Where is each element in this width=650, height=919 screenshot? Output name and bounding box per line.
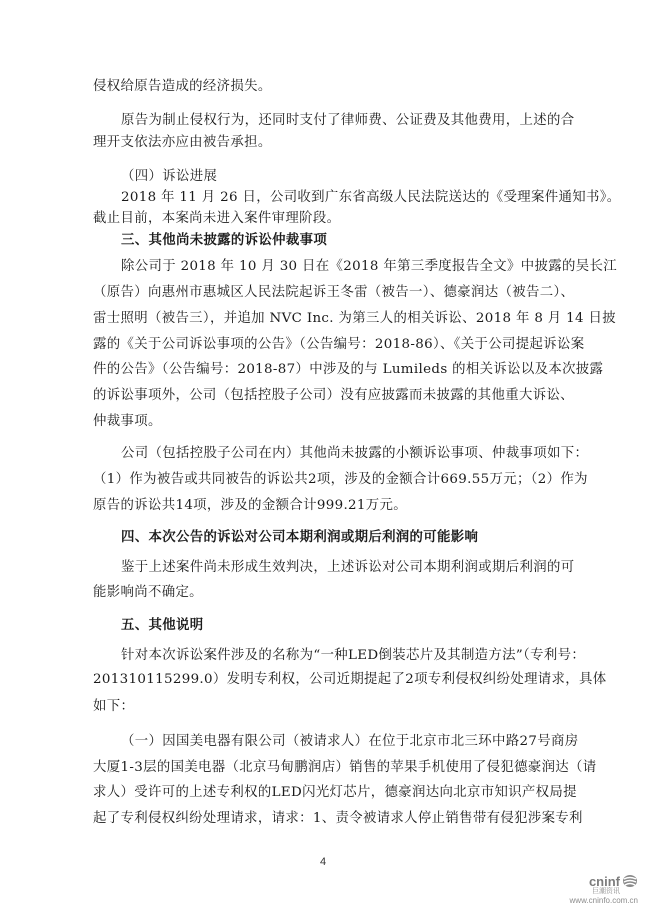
text-line: 侵权给原告造成的经济损失。 <box>93 77 559 97</box>
text-line: 鉴于上述案件尚未形成生效判决，上述诉讼对公司本期利润或期后利润的可 <box>121 558 559 578</box>
text-line: 雷士照明（被告三），并追加 NVC Inc. 为第三人的相关诉讼、2018 年 … <box>93 309 559 329</box>
text-line: 的诉讼事项外，公司（包括控股子公司）没有应披露而未披露的其他重大诉讼、 <box>93 386 559 406</box>
section-heading: 三、其他尚未披露的诉讼仲裁事项 <box>121 231 559 251</box>
text-line: 针对本次诉讼案件涉及的名称为“一种LED倒装芯片及其制造方法”（专利号： <box>121 646 559 666</box>
text-line: （1）作为被告或共同被告的诉讼共2项，涉及的金额合计669.55万元；（2）作为 <box>93 470 559 490</box>
text-line: （一）因国美电器有限公司（被请求人）在位于北京市北三环中路27号商房 <box>121 732 559 752</box>
text-line: 如下： <box>93 697 559 717</box>
text-line: 原告为制止侵权行为，还同时支付了律师费、公证费及其他费用，上述的合 <box>121 111 559 131</box>
text-line: （四）诉讼进展 <box>121 167 559 187</box>
page-number: 4 <box>320 856 326 868</box>
cninfo-watermark: cninf 巨潮资讯 www.cninfo.com.cn <box>558 874 638 905</box>
document-page: 侵权给原告造成的经济损失。原告为制止侵权行为，还同时支付了律师费、公证费及其他费… <box>0 0 650 919</box>
cninfo-logo: cninf <box>558 874 638 888</box>
cninfo-logo-icon <box>622 874 638 888</box>
cninfo-chinese-name: 巨潮资讯 <box>558 888 638 896</box>
text-line: 原告的诉讼共14项，涉及的金额合计999.21万元。 <box>93 496 559 516</box>
text-line: 仲裁事项。 <box>93 412 559 432</box>
text-line: 截止目前，本案尚未进入案件审理阶段。 <box>93 209 559 229</box>
text-line: （原告）向惠州市惠城区人民法院起诉王冬雷（被告一）、德豪润达（被告二）、 <box>93 283 559 303</box>
section-heading: 五、其他说明 <box>121 616 559 636</box>
text-line: 除公司于 2018 年 10 月 30 日在《2018 年第三季度报告全文》中披… <box>121 257 559 277</box>
section-heading: 四、本次公告的诉讼对公司本期利润或期后利润的可能影响 <box>121 528 559 548</box>
text-line: 件的公告》（公告编号：2018-87）中涉及的与 Lumileds 的相关诉讼以… <box>93 360 559 380</box>
text-line: 大厦1-3层的国美电器（北京马甸鹏润店）销售的苹果手机使用了侵犯德豪润达（请 <box>93 758 559 778</box>
text-line: 起了专利侵权纠纷处理请求，请求：1、责令被请求人停止销售带有侵犯涉案专利 <box>93 809 559 829</box>
text-line: 公司（包括控股子公司在内）其他尚未披露的小额诉讼事项、仲裁事项如下： <box>121 444 559 464</box>
text-line: 能影响尚不确定。 <box>93 583 559 603</box>
text-line: 201310115299.0）发明专利权，公司近期提起了2项专利侵权纠纷处理请求… <box>93 670 559 690</box>
cninfo-url: www.cninfo.com.cn <box>558 896 638 905</box>
text-line: 求人）受许可的上述专利权的LED闪光灯芯片，德豪润达向北京市知识产权局提 <box>93 783 559 803</box>
text-line: 露的《关于公司诉讼事项的公告》（公告编号：2018-86）、《关于公司提起诉讼案 <box>93 335 559 355</box>
text-line: 2018 年 11 月 26 日，公司收到广东省高级人民法院送达的《受理案件通知… <box>121 188 559 208</box>
text-line: 理开支依法亦应由被告承担。 <box>93 133 559 153</box>
cninfo-logo-text: cninf <box>589 875 620 888</box>
